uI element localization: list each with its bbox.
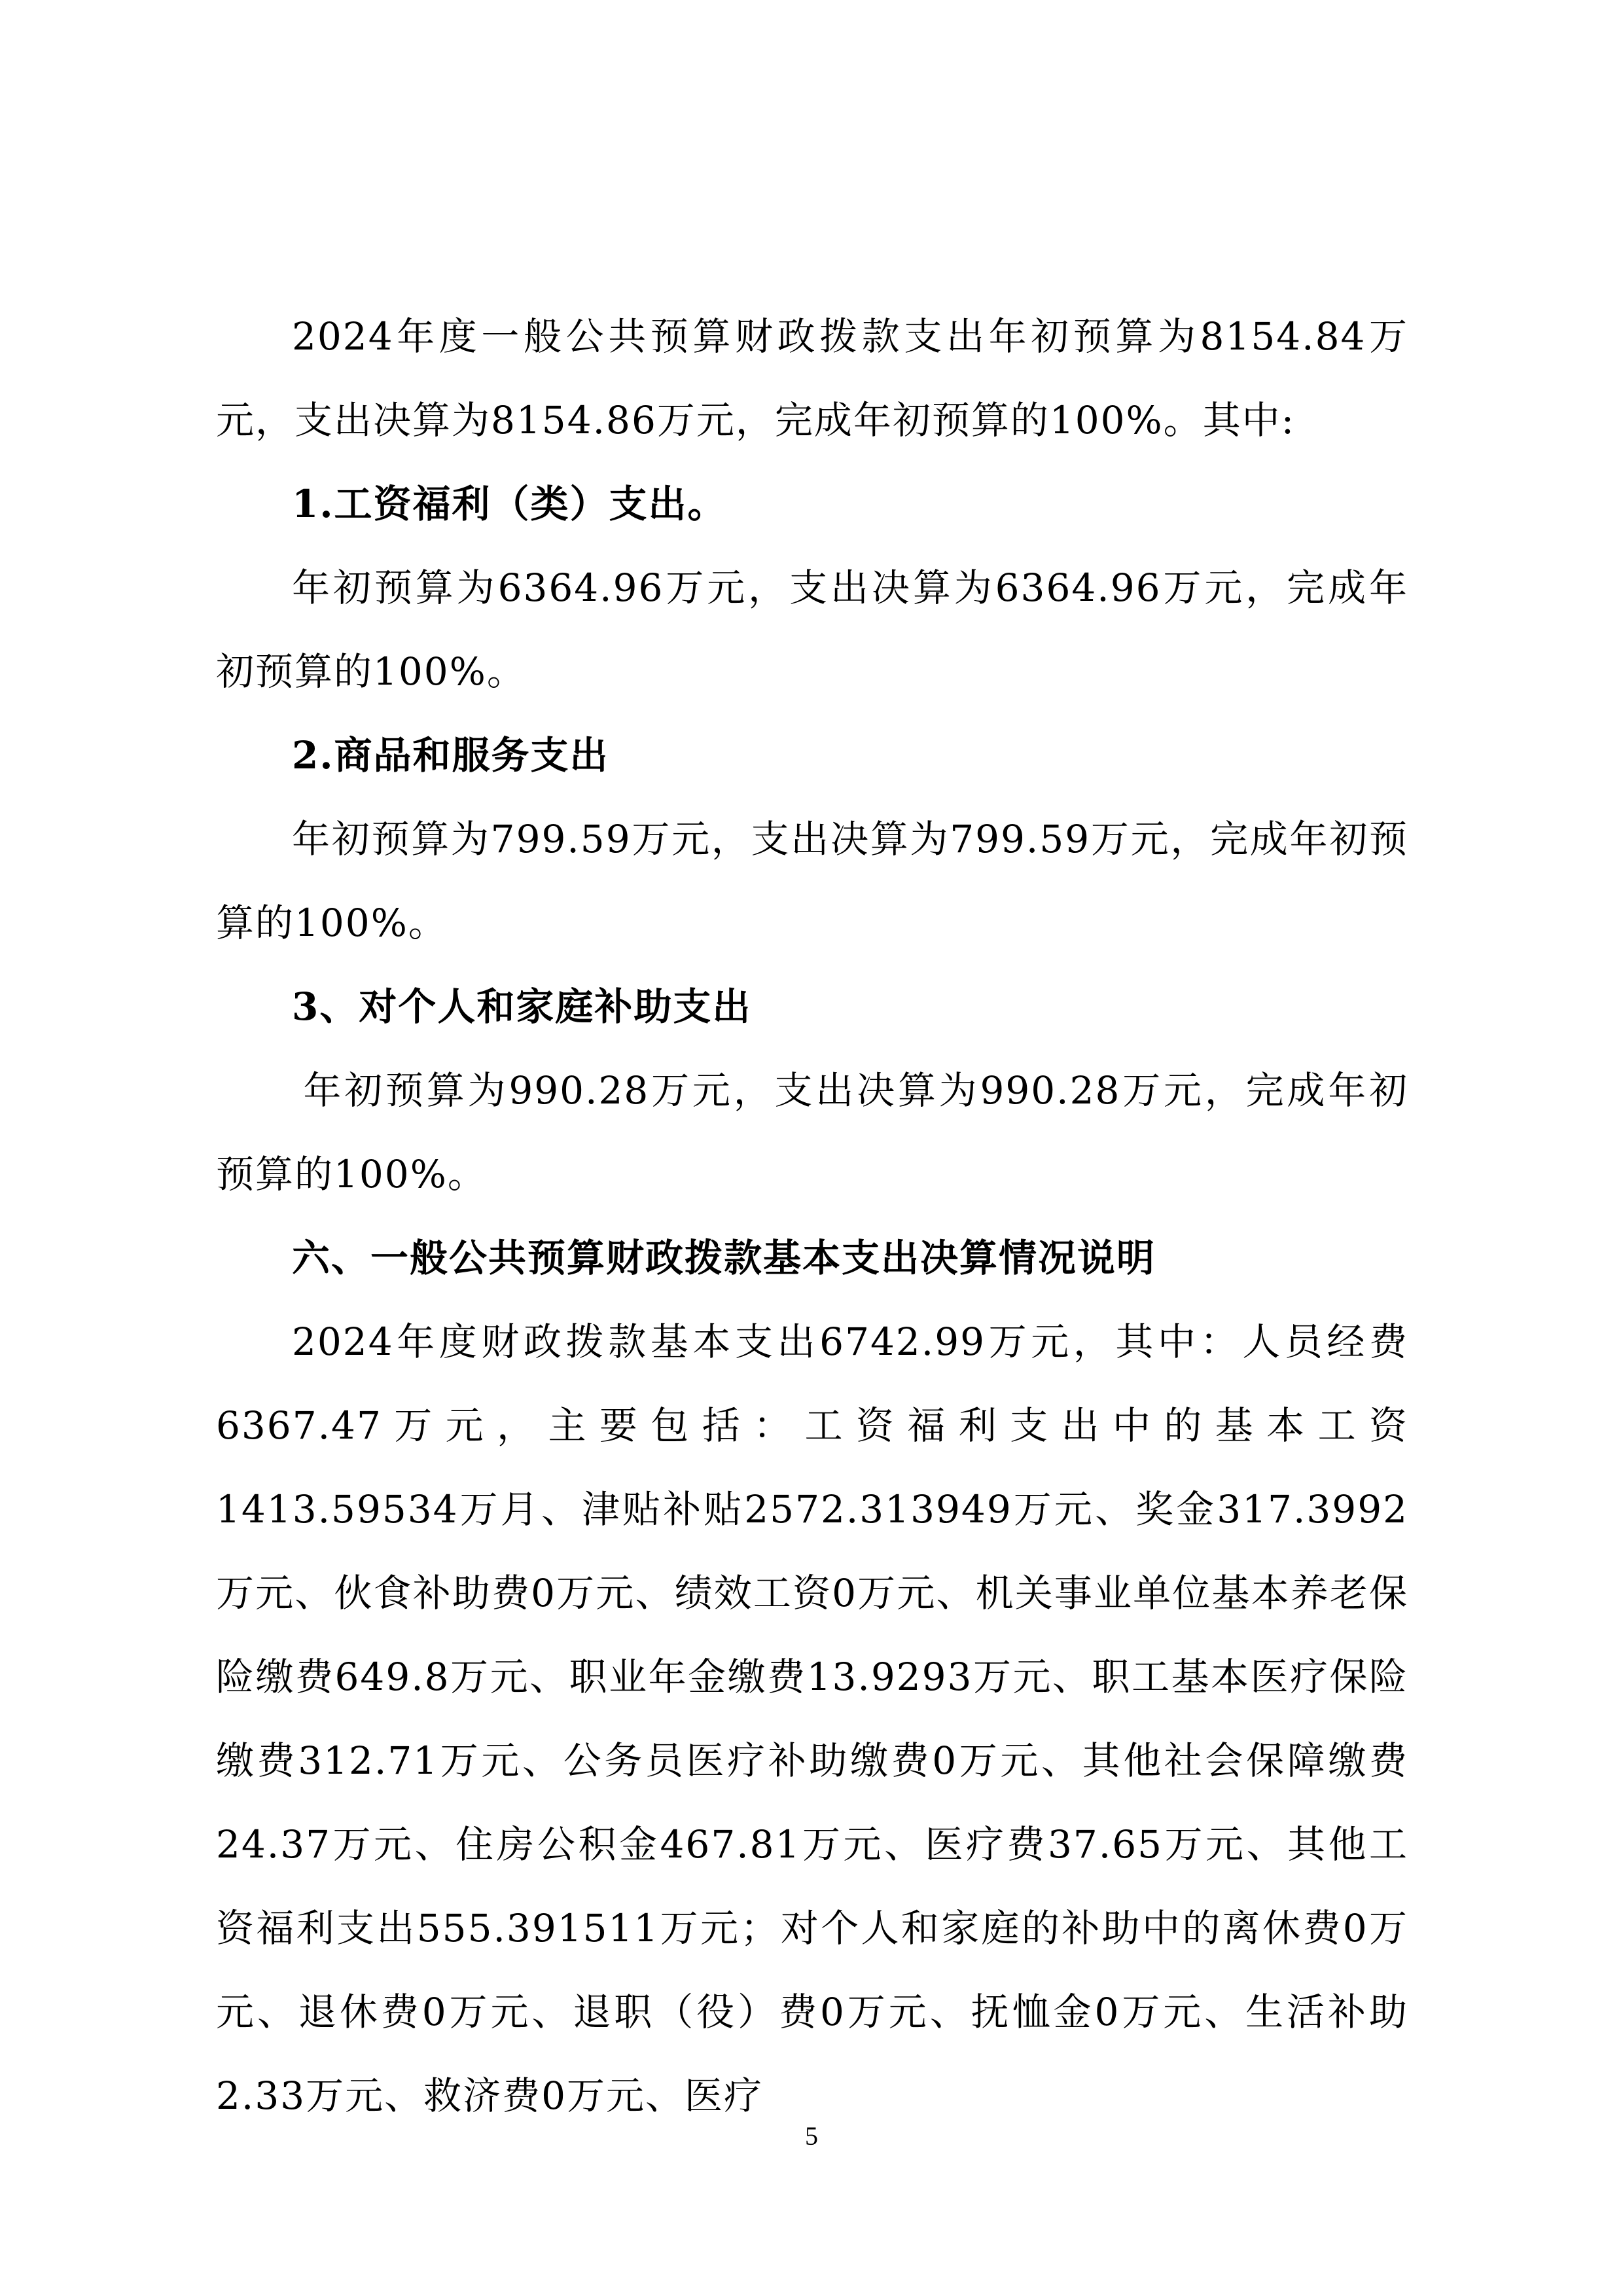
item3-heading: 3、对个人和家庭补助支出	[216, 965, 1408, 1049]
item2-heading: 2.商品和服务支出	[216, 713, 1408, 797]
section6-body: 2024年度财政拨款基本支出6742.99万元，其中：人员经费6367.47万元…	[216, 1300, 1408, 2138]
item3-body: 年初预算为990.28万元，支出决算为990.28万元，完成年初预算的100%。	[216, 1049, 1408, 1216]
item2-body: 年初预算为799.59万元，支出决算为799.59万元，完成年初预算的100%。	[216, 797, 1408, 965]
document-page: 2024年度一般公共预算财政拨款支出年初预算为8154.84万元，支出决算为81…	[216, 295, 1408, 2138]
item1-body: 年初预算为6364.96万元，支出决算为6364.96万元，完成年初预算的100…	[216, 546, 1408, 713]
section6-heading: 六、一般公共预算财政拨款基本支出决算情况说明	[216, 1216, 1408, 1300]
item1-heading: 1.工资福利（类）支出。	[216, 462, 1408, 546]
intro-paragraph: 2024年度一般公共预算财政拨款支出年初预算为8154.84万元，支出决算为81…	[216, 295, 1408, 462]
page-number: 5	[0, 2121, 1623, 2151]
